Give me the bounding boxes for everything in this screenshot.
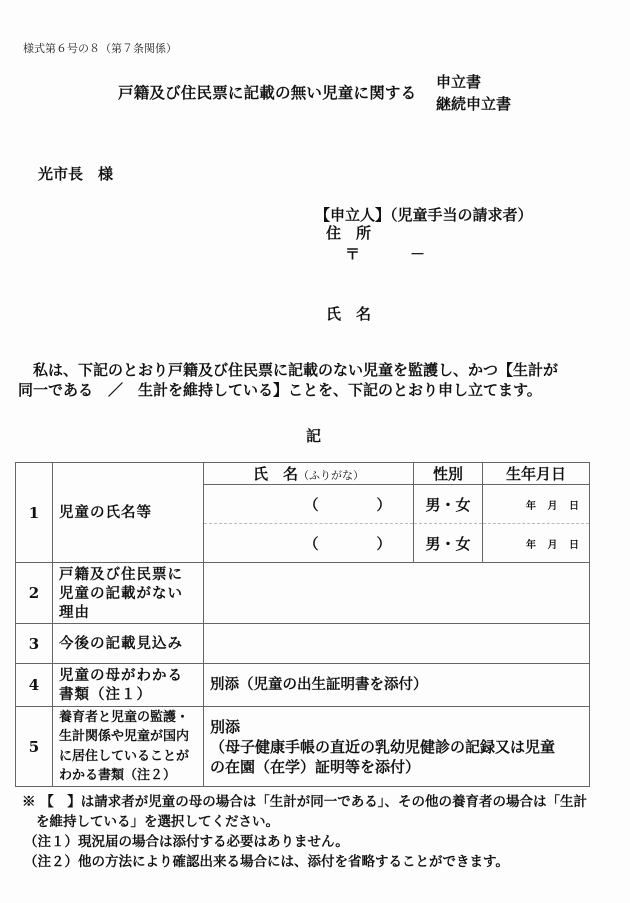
- child-dob-field[interactable]: 年 月 日: [483, 524, 590, 563]
- outlook-field[interactable]: [204, 624, 590, 664]
- document-title: 戸籍及び住民票に記載の無い児童に関する: [118, 81, 416, 103]
- postal-code-dash: －: [410, 243, 425, 264]
- note-2: （注２）他の方法により確認出来る場合には、添付を省略することができます。: [22, 852, 622, 872]
- details-table: 1 児童の氏名等 氏 名（ふりがな） 性別 生年月日 （） 男・女 年 月 日 …: [15, 462, 590, 787]
- note-1: （注１）現況届の場合は添付する必要はありません。: [22, 832, 622, 852]
- header-sex: 性別: [414, 463, 483, 485]
- title-option-continuation: 継続申立書: [436, 93, 511, 114]
- row-label: 戸籍及び住民票に 児童の記載がない 理由: [53, 563, 204, 624]
- row-label: 児童の母がわかる 書類（注１）: [53, 664, 204, 707]
- postal-mark: 〒: [345, 243, 360, 264]
- child-sex-select[interactable]: 男・女: [414, 524, 483, 563]
- statement-line-1: 私は、下記のとおり戸籍及び住民票に記載のない児童を監護し、かつ【生計が: [18, 360, 618, 380]
- table-row: 4 児童の母がわかる 書類（注１） 別添（児童の出生証明書を添付）: [16, 664, 590, 707]
- row-number: 5: [16, 707, 53, 787]
- table-header-row: 1 児童の氏名等 氏 名（ふりがな） 性別 生年月日: [16, 463, 590, 485]
- ki-heading: 記: [306, 425, 321, 446]
- statement-line-2: 同一である ／ 生計を維持している】ことを、下記のとおり申し立てます。: [18, 380, 618, 400]
- statement: 私は、下記のとおり戸籍及び住民票に記載のない児童を監護し、かつ【生計が 同一であ…: [18, 360, 618, 400]
- row-label: 養育者と児童の監護・ 生計関係や児童が国内 に居住していることが わかる書類（注…: [53, 707, 204, 787]
- table-row: 5 養育者と児童の監護・ 生計関係や児童が国内 に居住していることが わかる書類…: [16, 707, 590, 787]
- notes: ※ 【 】は請求者が児童の母の場合は「生計が同一である」、その他の養育者の場合は…: [22, 792, 622, 872]
- form-number: 様式第６号の８（第７条関係）: [23, 40, 177, 56]
- row-number: 4: [16, 664, 53, 707]
- header-name: 氏 名（ふりがな）: [204, 463, 414, 485]
- row-number: 2: [16, 563, 53, 624]
- table-row: 3 今後の記載見込み: [16, 624, 590, 664]
- note-star-line-1: ※ 【 】は請求者が児童の母の場合は「生計が同一である」、その他の養育者の場合は…: [22, 792, 622, 812]
- child-name-field[interactable]: （）: [204, 524, 414, 563]
- child-sex-select[interactable]: 男・女: [414, 485, 483, 524]
- title-option-application: 申立書: [436, 71, 481, 92]
- child-name-field[interactable]: （）: [204, 485, 414, 524]
- row-label: 今後の記載見込み: [53, 624, 204, 664]
- table-row: 2 戸籍及び住民票に 児童の記載がない 理由: [16, 563, 590, 624]
- custody-document-note: 別添 （母子健康手帳の直近の乳幼児健診の記録又は児童 の在園（在学）証明等を添付…: [204, 707, 590, 787]
- note-star-line-2: を維持している」を選択してください。: [22, 812, 622, 832]
- header-dob: 生年月日: [483, 463, 590, 485]
- child-dob-field[interactable]: 年 月 日: [483, 485, 590, 524]
- row-number: 3: [16, 624, 53, 664]
- row-number: 1: [16, 463, 53, 563]
- applicant-name-label: 氏 名: [326, 303, 371, 324]
- addressee: 光市長 様: [38, 163, 113, 184]
- reason-field[interactable]: [204, 563, 590, 624]
- address-label: 住 所: [326, 222, 371, 243]
- mother-document-note: 別添（児童の出生証明書を添付）: [204, 664, 590, 707]
- row-label: 児童の氏名等: [53, 463, 204, 563]
